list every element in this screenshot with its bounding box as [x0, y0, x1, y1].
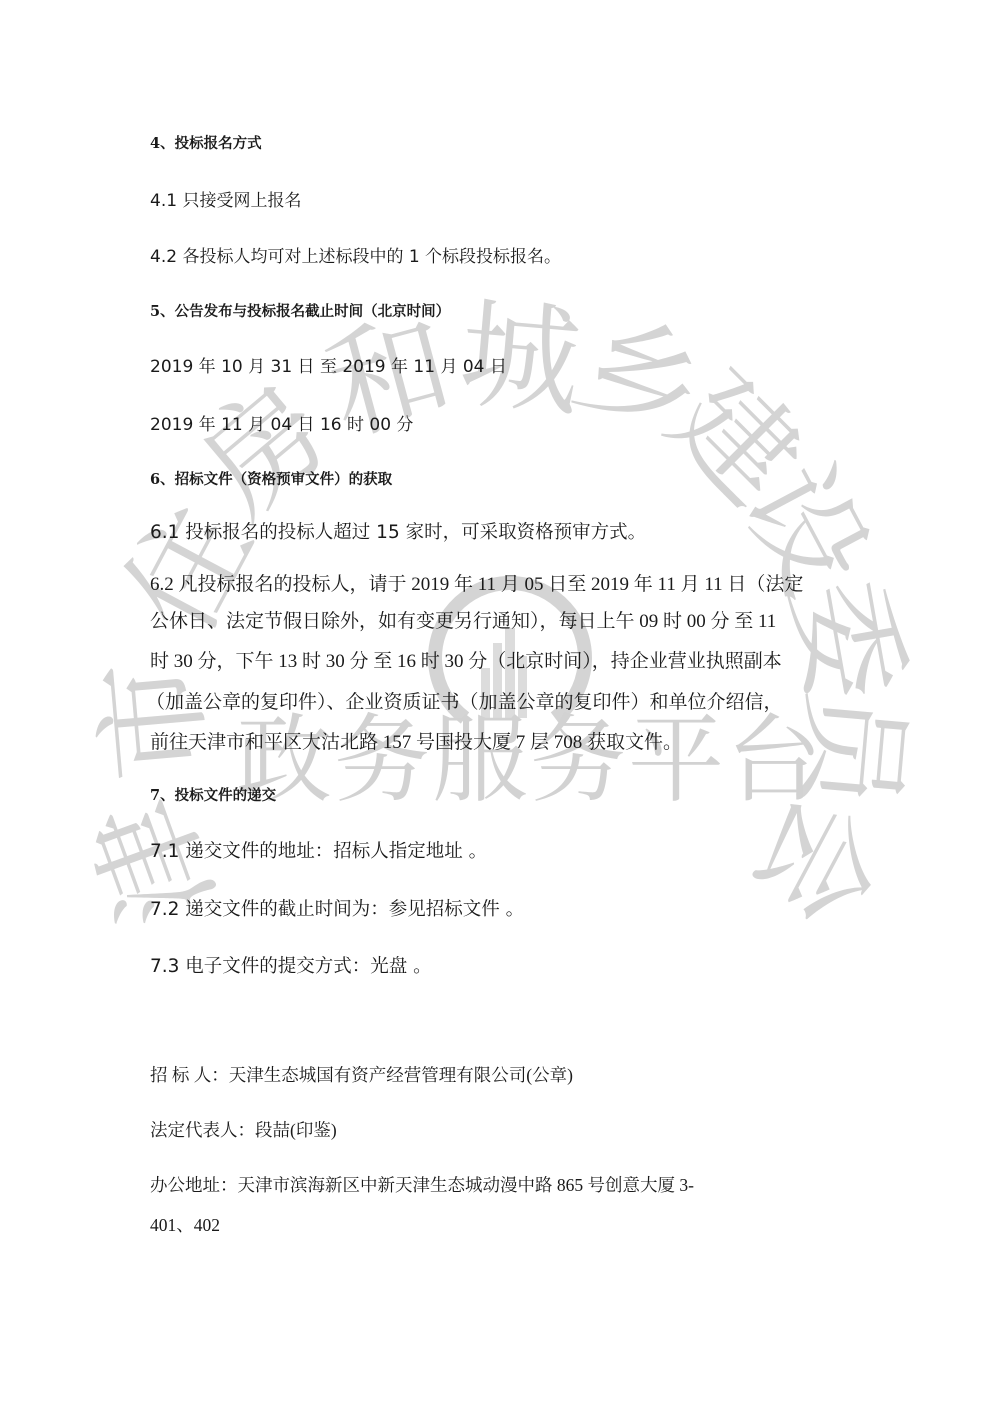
signature-tenderer: 招 标 人：天津生态城国有资产经营管理有限公司(公章): [150, 1062, 573, 1087]
item-4-1: 4.1 只接受网上报名: [150, 186, 301, 211]
item-6-2-line-3: 时 30 分，下午 13 时 30 分 至 16 时 30 分（北京时间），持企…: [150, 646, 782, 673]
document-page: 津 市 住 房 和 城 乡 建 设 委 员 会 政务服务平台 4、投标报名方式 …: [0, 0, 1000, 1413]
item-6-2-line-2: 公休日、法定节假日除外，如有变更另行通知），每日上午 09 时 00 分 至 1…: [150, 606, 776, 633]
date-range: 2019 年 10 月 31 日 至 2019 年 11 月 04 日: [150, 352, 507, 377]
item-6-2-line-5: 前往天津市和平区大沽北路 157 号国投大厦 7 层 708 获取文件。: [150, 727, 682, 754]
item-7-3: 7.3 电子文件的提交方式：光盘 。: [150, 952, 432, 978]
item-6-1: 6.1 投标报名的投标人超过 15 家时，可采取资格预审方式。: [150, 518, 646, 544]
document-body: 4、投标报名方式 4.1 只接受网上报名 4.2 各投标人均可对上述标段中的 1…: [0, 0, 1000, 1413]
item-7-2: 7.2 递交文件的截止时间为：参见招标文件 。: [150, 895, 524, 921]
item-4-2: 4.2 各投标人均可对上述标段中的 1 个标段投标报名。: [150, 242, 561, 267]
item-6-2-line-4: （加盖公章的复印件）、企业资质证书（加盖公章的复印件）和单位介绍信，: [146, 687, 783, 714]
signature-legal-rep: 法定代表人：段喆(印鉴): [150, 1117, 337, 1142]
section-heading-4: 4、投标报名方式: [150, 132, 262, 153]
item-7-1: 7.1 递交文件的地址：招标人指定地址 。: [150, 837, 487, 863]
section-heading-5: 5、公告发布与投标报名截止时间（北京时间）: [150, 300, 450, 321]
deadline-time: 2019 年 11 月 04 日 16 时 00 分: [150, 410, 413, 435]
item-6-2-line-1: 6.2 凡投标报名的投标人，请于 2019 年 11 月 05 日至 2019 …: [150, 569, 803, 596]
signature-address-line-2: 401、402: [150, 1212, 220, 1237]
signature-address-line-1: 办公地址：天津市滨海新区中新天津生态城动漫中路 865 号创意大厦 3-: [150, 1172, 694, 1197]
section-heading-6: 6、招标文件（资格预审文件）的获取: [150, 468, 392, 489]
section-heading-7: 7、投标文件的递交: [150, 784, 276, 805]
